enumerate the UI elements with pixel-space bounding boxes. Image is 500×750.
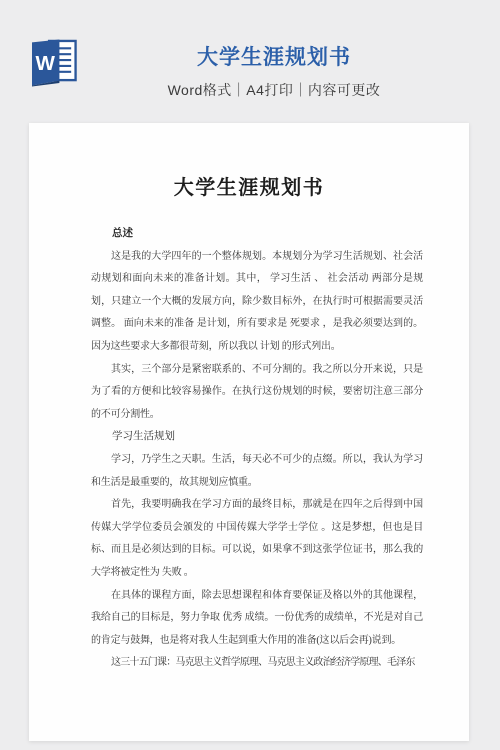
header-text-block: 大学生涯规划书 Word格式｜A4打印｜内容可更改 [48, 0, 500, 100]
document-title: 大学生涯规划书 [29, 174, 469, 202]
document-body: 总述这是我的大学四年的一个整体规划。本规划分为学习生活规划、社会活动规划和面向未… [29, 223, 469, 675]
document-paragraph: 这是我的大学四年的一个整体规划。本规划分为学习生活规划、社会活动规划和面向未来的… [91, 246, 423, 359]
document-paragraph: 首先，我要明确我在学习方面的最终目标，那就是在四年之后得到中国传媒大学学位委员会… [91, 494, 423, 584]
document-page: 大学生涯规划书 总述这是我的大学四年的一个整体规划。本规划分为学习生活规划、社会… [29, 123, 469, 741]
document-paragraph: 学习，乃学生之天职。生活，每天必不可少的点缀。所以，我认为学习和生活是最重要的，… [91, 449, 423, 494]
document-paragraph: 在具体的课程方面，除去思想课程和体育要保证及格以外的其他课程，我给自己的目标是，… [91, 585, 423, 653]
template-subtitle: Word格式｜A4打印｜内容可更改 [48, 80, 500, 100]
document-heading: 学习生活规划 [112, 426, 423, 449]
document-paragraph: 这三十五门课：马克思主义哲学原理、马克思主义政治经济学原理、毛泽东 [91, 652, 423, 675]
document-paragraph: 其实，三个部分是紧密联系的、不可分割的。我之所以分开来说，只是为了看的方便和比较… [91, 359, 423, 427]
document-heading: 总述 [112, 223, 423, 246]
template-title: 大学生涯规划书 [48, 41, 500, 71]
